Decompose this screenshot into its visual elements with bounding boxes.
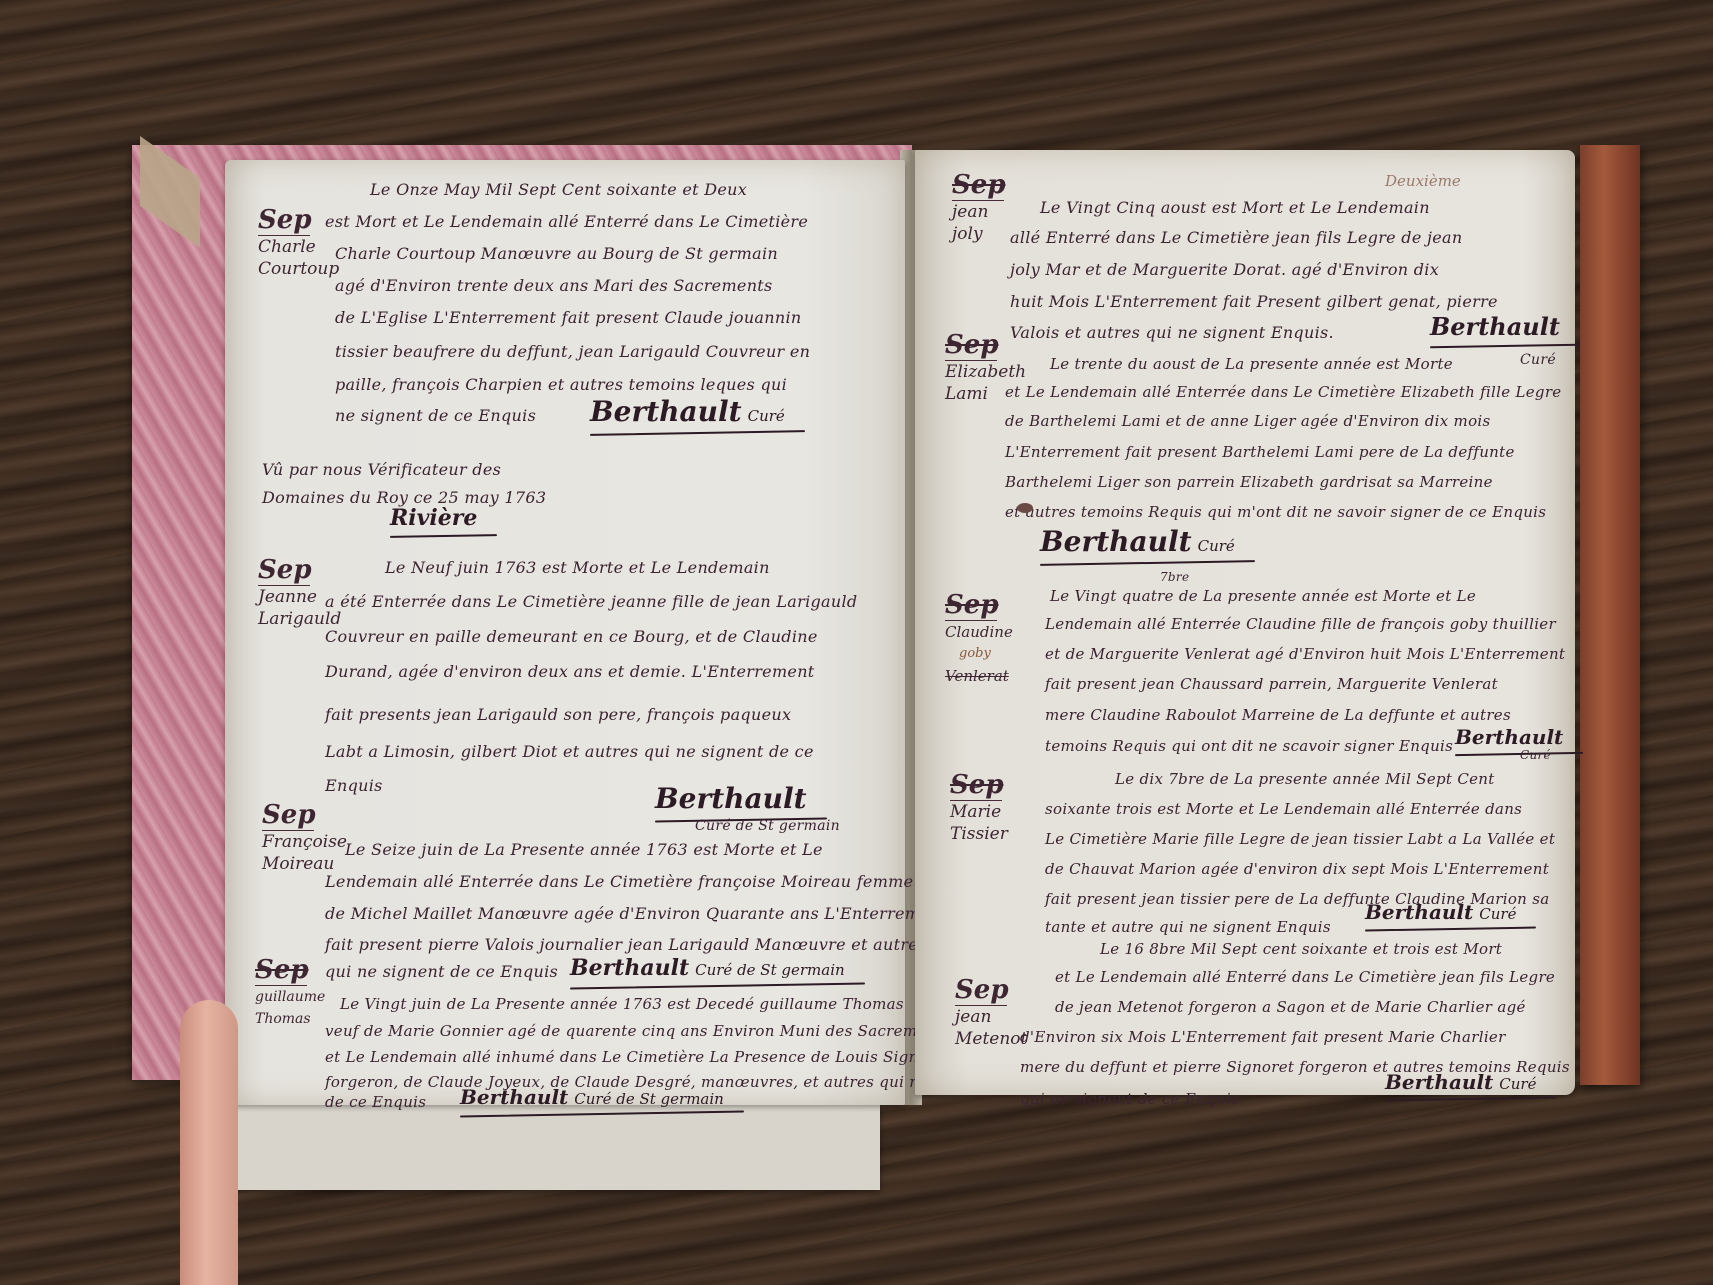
margin-note-jean-joly: Sep jean joly: [952, 170, 1004, 245]
signature-berthault: BerthaultCuré de St germain: [460, 1085, 724, 1109]
text-line: Durand, agée d'environ deux ans et demie…: [325, 662, 815, 681]
margin-note-francoise-moireau: Sep Françoise Moireau: [262, 800, 347, 875]
sepulture-mark: Sep: [258, 205, 310, 236]
sepulture-mark: Sep: [258, 555, 310, 586]
signature-berthault: Berthault: [1430, 312, 1560, 341]
signature-name: Berthault: [570, 955, 689, 981]
text-line: joly Mar et de Marguerite Dorat. agé d'E…: [1010, 260, 1439, 279]
margin-name: guillaume: [255, 986, 325, 1008]
loose-sheet: [230, 1105, 880, 1190]
margin-name: Charle: [258, 236, 339, 258]
text-line: allé Enterré dans Le Cimetière jean fils…: [1010, 228, 1462, 247]
margin-name: Courtoup: [258, 258, 339, 280]
text-line: et de Marguerite Venlerat agé d'Environ …: [1045, 645, 1565, 663]
text-line: de ce Enquis: [325, 1093, 426, 1111]
text-line: tissier beaufrere du deffunt, jean Larig…: [335, 342, 810, 361]
text-line: de Michel Maillet Manœuvre agée d'Enviro…: [325, 904, 927, 923]
sepulture-mark: Sep: [955, 975, 1007, 1006]
text-line: Le Seize juin de La Presente année 1763 …: [345, 840, 823, 859]
margin-name: joly: [952, 223, 1004, 245]
margin-name: jean: [955, 1006, 1027, 1028]
text-line: qui ne signent de ce Enquis: [325, 962, 558, 981]
margin-name: Metenot: [955, 1028, 1027, 1050]
margin-name: Marie: [950, 801, 1008, 823]
text-line: Le Vingt quatre de La presente année est…: [1050, 587, 1476, 605]
signature-berthault: BerthaultCuré: [1385, 1070, 1536, 1094]
text-line: Le Vingt juin de La Presente année 1763 …: [340, 995, 904, 1013]
signature-name: Berthault: [655, 782, 807, 815]
sepulture-mark: Sep: [952, 170, 1004, 201]
signature-berthault: BerthaultCuré: [1040, 525, 1235, 558]
margin-name: Claudine: [945, 621, 1013, 643]
text-line: Le Neuf juin 1763 est Morte et Le Lendem…: [385, 558, 770, 577]
text-line: Enquis: [325, 776, 383, 795]
signature-berthault: BerthaultCuré de St germain: [570, 955, 845, 981]
sepulture-mark: Sep: [950, 770, 1002, 801]
signature-title: Curé: [1198, 537, 1235, 555]
text-line: temoins Requis qui ont dit ne scavoir si…: [1045, 737, 1453, 755]
margin-name: Elizabeth: [945, 361, 1026, 383]
sepulture-mark: Sep: [255, 955, 307, 986]
text-line: Labt a Limosin, gilbert Diot et autres q…: [325, 742, 814, 761]
text-line: mere Claudine Raboulot Marreine de La de…: [1045, 706, 1511, 724]
signature-berthault: BerthaultCuré: [590, 395, 785, 428]
margin-note-marie-tissier: Sep Marie Tissier: [950, 770, 1008, 845]
signature-berthault: Berthault: [655, 782, 807, 815]
signature-name: Berthault: [1040, 525, 1192, 558]
text-line: Le Cimetière Marie fille Legre de jean t…: [1045, 830, 1555, 848]
margin-note-jean-metenot: Sep jean Metenot: [955, 975, 1027, 1050]
margin-name: Thomas: [255, 1008, 325, 1030]
verification-line: Vû par nous Vérificateur des: [262, 460, 501, 479]
text-line: veuf de Marie Gonnier agé de quarente ci…: [325, 1022, 951, 1040]
text-line: Le trente du aoust de La presente année …: [1050, 355, 1453, 373]
signature-name: Berthault: [590, 395, 742, 428]
signature-name: Berthault: [1455, 725, 1563, 749]
signature-title: Curé: [1499, 1075, 1536, 1093]
text-line: Charle Courtoup Manœuvre au Bourg de St …: [335, 244, 778, 263]
margin-name: Françoise: [262, 831, 347, 853]
text-line: a été Enterrée dans Le Cimetière jeanne …: [325, 592, 857, 611]
text-line: soixante trois est Morte et Le Lendemain…: [1045, 800, 1522, 818]
book-cover-right: [1580, 145, 1640, 1085]
signature-verificateur: Rivière: [390, 505, 477, 531]
text-line: Barthelemi Liger son parrein Elizabeth g…: [1005, 473, 1493, 491]
text-line: et Le Lendemain allé inhumé dans Le Cime…: [325, 1048, 951, 1066]
text-line: Couvreur en paille demeurant en ce Bourg…: [325, 627, 818, 646]
signature-title: Curé: [1520, 748, 1551, 762]
text-line: Lendemain allé Enterrée dans Le Cimetièr…: [325, 872, 913, 891]
signature-name: Berthault: [460, 1085, 568, 1109]
text-line: huit Mois L'Enterrement fait Present gil…: [1010, 292, 1498, 311]
text-line: Valois et autres qui ne signent Enquis.: [1010, 323, 1334, 342]
margin-note-guillaume-thomas: Sep guillaume Thomas: [255, 955, 325, 1030]
signature-berthault: BerthaultCuré: [1365, 900, 1516, 924]
signature-title: Curé: [748, 407, 785, 425]
signature-title: Curé de St germain: [574, 1090, 724, 1108]
signature-title: Curé: [1479, 905, 1516, 923]
holding-finger: [180, 1000, 238, 1285]
text-line: est Mort et Le Lendemain allé Enterré da…: [325, 212, 808, 231]
signature-name: Rivière: [390, 505, 477, 531]
margin-correction: goby: [959, 643, 1013, 665]
text-line: d'Environ six Mois L'Enterrement fait pr…: [1020, 1028, 1506, 1046]
text-line: Le 16 8bre Mil Sept cent soixante et tro…: [1100, 940, 1502, 958]
text-line: fait presents jean Larigauld son pere, f…: [325, 705, 791, 724]
text-line: et autres temoins Requis qui m'ont dit n…: [1005, 503, 1546, 521]
sepulture-mark: Sep: [262, 800, 314, 831]
text-line: fait present pierre Valois journalier je…: [325, 935, 927, 954]
sepulture-mark: Sep: [945, 590, 997, 621]
top-note: Deuxième: [1385, 172, 1461, 190]
margin-note-claudine-goby: Sep Claudine goby Venlerat: [945, 590, 1013, 687]
signature-berthault: Berthault: [1455, 725, 1563, 749]
text-line: tante et autre qui ne signent Enquis: [1045, 918, 1331, 936]
text-line: et Le Lendemain allé Enterré dans Le Cim…: [1055, 968, 1555, 986]
signature-name: Berthault: [1385, 1070, 1493, 1094]
signature-title: Curé de St germain: [695, 961, 845, 979]
text-line: de L'Eglise L'Enterrement fait present C…: [335, 308, 802, 327]
text-line: de Chauvat Marion agée d'environ dix sep…: [1045, 860, 1549, 878]
text-line: L'Enterrement fait present Barthelemi La…: [1005, 443, 1515, 461]
text-line: Le dix 7bre de La presente année Mil Sep…: [1115, 770, 1495, 788]
sepulture-mark: Sep: [945, 330, 997, 361]
ink-stain: [1017, 503, 1033, 513]
text-line: et Le Lendemain allé Enterrée dans Le Ci…: [1005, 383, 1561, 401]
text-line: Lendemain allé Enterrée Claudine fille d…: [1045, 615, 1556, 633]
signature-title: Curé: [1520, 352, 1556, 368]
signature-title: Curé de St germain: [695, 818, 840, 834]
signature-name: Berthault: [1430, 312, 1560, 341]
margin-name: Tissier: [950, 823, 1008, 845]
text-line: qui ne signent de ce Enquis: [1020, 1090, 1239, 1108]
text-line: de Barthelemi Lami et de anne Liger agée…: [1005, 412, 1491, 430]
text-line: agé d'Environ trente deux ans Mari des S…: [335, 276, 773, 295]
text-line: Le Vingt Cinq aoust est Mort et Le Lende…: [1040, 198, 1430, 217]
text-line: de jean Metenot forgeron a Sagon et de M…: [1055, 998, 1526, 1016]
date-note: 7bre: [1160, 570, 1189, 584]
text-line: fait present jean Chaussard parrein, Mar…: [1045, 675, 1498, 693]
signature-name: Berthault: [1365, 900, 1473, 924]
text-line: Le Onze May Mil Sept Cent soixante et De…: [370, 180, 747, 199]
margin-struck-name: Venlerat: [945, 665, 1013, 687]
text-line: ne signent de ce Enquis: [335, 406, 536, 425]
text-line: paille, françois Charpien et autres temo…: [335, 375, 787, 394]
margin-name: jean: [952, 201, 1004, 223]
